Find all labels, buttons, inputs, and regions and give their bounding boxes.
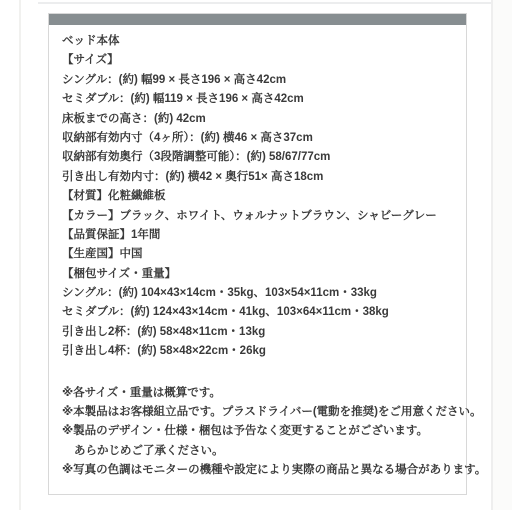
spec-line-country: 【生産国】中国 (62, 245, 456, 264)
spec-lines: ベッド本体 【サイズ】 シングル：(約) 幅99 × 長さ196 × 高さ42c… (62, 32, 456, 362)
photo-edge-artifact-top (38, 2, 512, 4)
product-spec-panel: ベッド本体 【サイズ】 シングル：(約) 幅99 × 長さ196 × 高さ42c… (48, 13, 467, 495)
photo-edge-band-right (493, 0, 512, 510)
photo-edge-artifact-right (491, 0, 493, 510)
spec-line-warranty: 【品質保証】1年間 (62, 226, 456, 245)
notes-block: ※各サイズ・重量は概算です。 ※本製品はお客様組立品です。プラスドライバー(電動… (62, 384, 456, 481)
spec-line-size-single: シングル：(約) 幅99 × 長さ196 × 高さ42cm (62, 71, 456, 90)
spec-line-colors: 【カラー】ブラック、ホワイト、ウォルナットブラウン、シャビーグレー (62, 207, 456, 226)
panel-content: ベッド本体 【サイズ】 シングル：(約) 幅99 × 長さ196 × 高さ42c… (49, 25, 466, 481)
spec-line-package-semidouble: セミダブル：(約) 124×43×14cm・41kg、103×64×11cm・3… (62, 303, 456, 322)
spec-line-package-drawer2: 引き出し2杯：(約) 58×48×11cm・13kg (62, 323, 456, 342)
note-line-design-change-cont: あらかじめご了承ください。 (62, 442, 456, 461)
spec-line-package-single: シングル：(約) 104×43×14cm・35kg、103×54×11cm・33… (62, 284, 456, 303)
note-line-assembly: ※本製品はお客様組立品です。プラスドライバー(電動を推奨)をご用意ください。 (62, 403, 456, 422)
spec-line-size-heading: 【サイズ】 (62, 51, 456, 70)
spec-line-floorboard-height: 床板までの高さ：(約) 42cm (62, 110, 456, 129)
panel-header-bar (49, 14, 466, 25)
note-line-approx-sizes: ※各サイズ・重量は概算です。 (62, 384, 456, 403)
spec-line-package-drawer4: 引き出し4杯：(約) 58×48×22cm・26kg (62, 342, 456, 361)
spec-line-size-semidouble: セミダブル：(約) 幅119 × 長さ196 × 高さ42cm (62, 90, 456, 109)
spec-line-product-title: ベッド本体 (62, 32, 456, 51)
note-line-monitor-color: ※写真の色調はモニターの機種や設定により実際の商品と異なる場合があります。 (62, 461, 456, 480)
photo-edge-artifact-left (19, 0, 21, 510)
spec-line-storage-depth: 収納部有効奥行（3段階調整可能）：(約) 58/67/77cm (62, 148, 456, 167)
spec-line-package-heading: 【梱包サイズ・重量】 (62, 265, 456, 284)
note-line-design-change: ※製品のデザイン・仕様・梱包は予告なく変更することがございます。 (62, 422, 456, 441)
spec-line-storage-inner: 収納部有効内寸（4ヶ所）：(約) 横46 × 高さ37cm (62, 129, 456, 148)
spec-line-material: 【材質】化粧繊維板 (62, 187, 456, 206)
spec-line-drawer-inner: 引き出し有効内寸：(約) 横42 × 奥行51× 高さ18cm (62, 168, 456, 187)
